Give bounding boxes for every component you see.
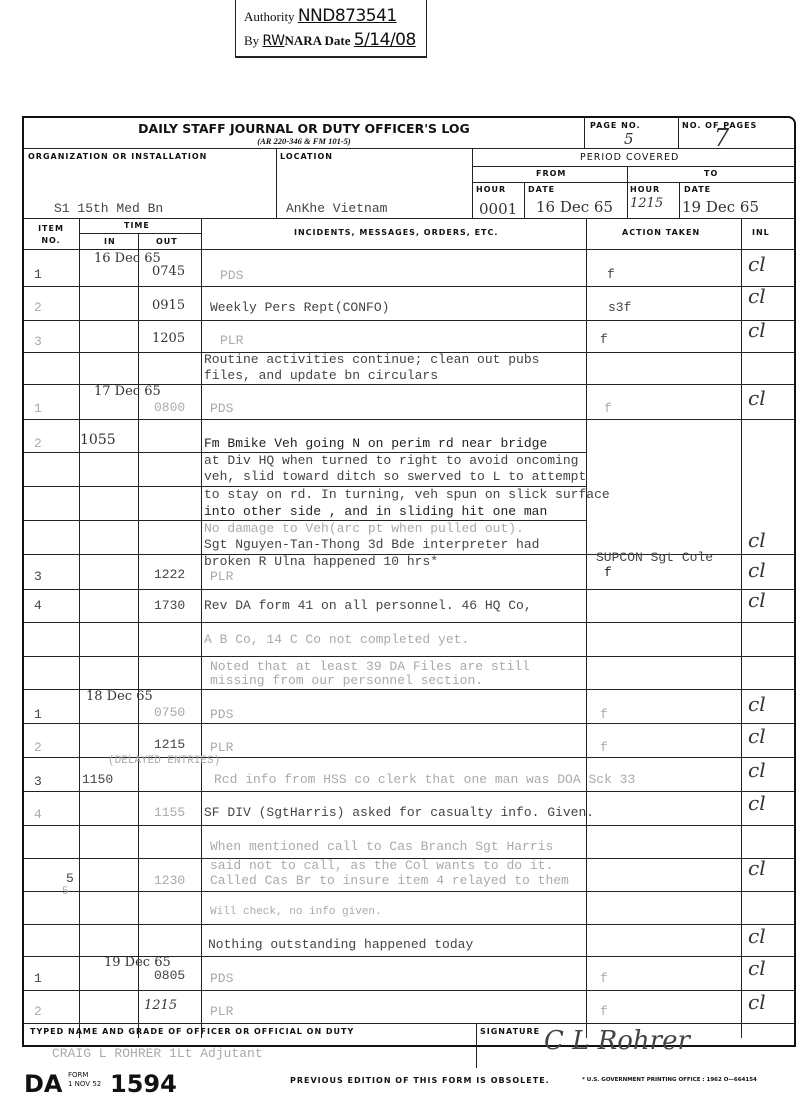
entry-text: into other side , and in sliding hit one… (204, 504, 547, 519)
entry-text: at Div HQ when turned to right to avoid … (204, 453, 578, 468)
time-out: 0805 (154, 968, 185, 983)
by-line: By RWNARA Date 5/14/08 (244, 30, 416, 50)
from-label: FROM (536, 169, 566, 178)
entry-text: PLR (210, 569, 233, 584)
time-in: 1150 (82, 772, 113, 787)
entry-text: Fm Bmike Veh going N on perim rd near br… (204, 436, 547, 451)
date-17-dec: 17 Dec 65 (94, 384, 161, 399)
entry-text: Routine activities continue; clean out p… (204, 352, 539, 367)
entry-text: Rcd info from HSS co clerk that one man … (214, 772, 635, 787)
initials: cl (748, 758, 766, 782)
form-subtitle: (AR 220-346 & FM 101-5) (24, 136, 584, 146)
time-out: 1730 (154, 598, 185, 613)
authority-line: Authority NND873541 (244, 6, 397, 26)
entry-text: Rev DA form 41 on all personnel. 46 HQ C… (204, 598, 532, 613)
entry-text: Sgt Nguyen-Tan-Thong 3d Bde interpreter … (204, 537, 539, 552)
from-date-value: 16 Dec 65 (536, 198, 613, 216)
location-value: AnKhe Vietnam (286, 201, 387, 216)
entry-text: veh, slid toward ditch so swerved to L t… (204, 469, 586, 484)
initials: cl (748, 284, 766, 308)
action-taken: f (600, 971, 608, 986)
initials: cl (748, 588, 766, 612)
entry-text: files, and update bn circulars (204, 368, 438, 383)
item-no: 5 (66, 871, 74, 886)
initials: cl (748, 692, 766, 716)
from-hour-label: HOUR (476, 185, 506, 194)
item-no: 3 (34, 334, 42, 349)
action-taken: f (600, 332, 608, 347)
item-no: 1 (34, 971, 42, 986)
item-no: 2 (34, 436, 42, 451)
to-date-value: 19 Dec 65 (682, 198, 759, 216)
entry-text: Weekly Pers Rept(CONFO) (210, 300, 389, 315)
initials: cl (748, 386, 766, 410)
time-header: TIME (124, 221, 150, 230)
date-18-dec: 18 Dec 65 (86, 689, 153, 704)
form-edition: FORM1 NOV 52 (68, 1071, 101, 1089)
entry-text: When mentioned call to Cas Branch Sgt Ha… (210, 839, 553, 854)
entry-text: Will check, no info given. (210, 906, 382, 918)
item-no: 1 (34, 401, 42, 416)
initials: cl (748, 990, 766, 1014)
entry-text: PDS (210, 971, 233, 986)
time-out: 1205 (152, 331, 185, 346)
form-title: DAILY STAFF JOURNAL OR DUTY OFFICER'S LO… (24, 121, 584, 136)
initials: cl (748, 924, 766, 948)
officer-label: TYPED NAME AND GRADE OF OFFICER OR OFFIC… (30, 1027, 354, 1036)
entry-text: A B Co, 14 C Co not completed yet. (204, 632, 469, 647)
initials: cl (748, 791, 766, 815)
period-covered-label: PERIOD COVERED (580, 152, 679, 163)
officer-name: CRAIG L ROHRER 1Lt Adjutant (52, 1046, 263, 1061)
time-in: 1055 (80, 432, 116, 448)
item-no: 3 (34, 569, 42, 584)
nara-date-label: NARA Date (284, 33, 350, 48)
signature: C L Rohrer (544, 1026, 690, 1056)
time-out: 1230 (154, 873, 185, 888)
item-no: 4 (34, 598, 42, 613)
initials: cl (748, 558, 766, 582)
entry-text: No damage to Veh(arc pt when pulled out)… (204, 521, 524, 536)
authority-value: NND873541 (298, 6, 397, 26)
item-no: 2 (34, 1004, 42, 1019)
to-hour-value: 1215 (630, 196, 663, 211)
duty-officer-log-form: DAILY STAFF JOURNAL OR DUTY OFFICER'S LO… (22, 116, 796, 1047)
time-out-header: OUT (156, 237, 178, 246)
item-no: 1 (34, 707, 42, 722)
inl-header: INL (752, 228, 770, 237)
entry-text: PDS (210, 707, 233, 722)
time-out: 1222 (154, 567, 185, 582)
item-no: 2 (34, 300, 42, 315)
initials: cl (748, 528, 766, 552)
entry-text: Called Cas Br to insure item 4 relayed t… (210, 873, 569, 888)
action-taken: f (600, 740, 608, 755)
entry-text: PLR (220, 333, 243, 348)
to-date-label: DATE (684, 185, 711, 194)
time-out: 1215 (154, 737, 185, 752)
date-value: 5/14/08 (354, 30, 416, 50)
action-taken: f (604, 401, 612, 416)
time-out: 1215 (144, 998, 177, 1013)
to-hour-label: HOUR (630, 185, 660, 194)
form-da-label: DA (24, 1070, 63, 1098)
entry-text: SF DIV (SgtHarris) asked for casualty in… (204, 805, 594, 820)
item-no: 4 (34, 807, 42, 822)
action-taken: f (607, 267, 615, 282)
action-taken: f (604, 565, 612, 580)
page-no-value: 5 (624, 130, 634, 148)
entry-text: PDS (220, 268, 243, 283)
page-no-label: PAGE NO. (590, 121, 641, 130)
action-taken-header: ACTION TAKEN (622, 228, 700, 237)
initials: cl (748, 724, 766, 748)
entry-text: PDS (210, 401, 233, 416)
item-no: 1 (34, 267, 42, 282)
action-taken: f (600, 707, 608, 722)
initials: cl (748, 856, 766, 880)
initials: cl (748, 252, 766, 276)
initials: cl (748, 318, 766, 342)
entry-text: PLR (210, 740, 233, 755)
item-no: 5 (62, 886, 69, 898)
item-no: 2 (34, 740, 42, 755)
incidents-header: INCIDENTS, MESSAGES, ORDERS, ETC. (294, 228, 498, 237)
time-out: 0800 (154, 400, 185, 415)
action-taken: SUPCON Sgt Cole (596, 550, 713, 565)
from-date-label: DATE (528, 185, 555, 194)
item-no: 3 (34, 774, 42, 789)
initials: cl (748, 956, 766, 980)
obsolete-notice: PREVIOUS EDITION OF THIS FORM IS OBSOLET… (290, 1076, 550, 1085)
date-16-dec: 16 Dec 65 (94, 251, 161, 266)
to-label: TO (704, 169, 718, 178)
entry-text: PLR (210, 1004, 233, 1019)
action-taken: f (600, 1004, 608, 1019)
by-label: By (244, 33, 259, 48)
signature-label: SIGNATURE (480, 1027, 540, 1036)
organization-value: S1 15th Med Bn (54, 201, 163, 216)
declassification-stamp: Authority NND873541 By RWNARA Date 5/14/… (235, 0, 427, 58)
delayed-entries-note: (DELAYED ENTRIES) (108, 755, 220, 767)
organization-label: ORGANIZATION OR INSTALLATION (28, 152, 207, 161)
time-out: 0745 (152, 264, 185, 279)
entry-text: to stay on rd. In turning, veh spun on s… (204, 487, 610, 502)
time-out: 1155 (154, 805, 185, 820)
gpo-notice: * U.S. GOVERNMENT PRINTING OFFICE : 1962… (582, 1077, 757, 1083)
action-taken: s3f (608, 300, 631, 315)
form-number: 1594 (110, 1070, 177, 1098)
entry-text: broken R Ulna happened 10 hrs* (204, 554, 438, 569)
entry-text: Nothing outstanding happened today (208, 937, 473, 952)
time-out: 0750 (154, 705, 185, 720)
time-in-header: IN (104, 237, 116, 246)
authority-label: Authority (244, 9, 295, 24)
location-label: LOCATION (280, 152, 333, 161)
by-value: RW (262, 33, 284, 49)
entry-text: said not to call, as the Col wants to do… (210, 858, 553, 873)
time-out: 0915 (152, 298, 185, 313)
from-hour-value: 0001 (479, 200, 517, 218)
item-no-header: ITEMNO. (30, 223, 72, 247)
entry-text: missing from our personnel section. (210, 673, 483, 688)
entry-text: Noted that at least 39 DA Files are stil… (210, 659, 530, 674)
